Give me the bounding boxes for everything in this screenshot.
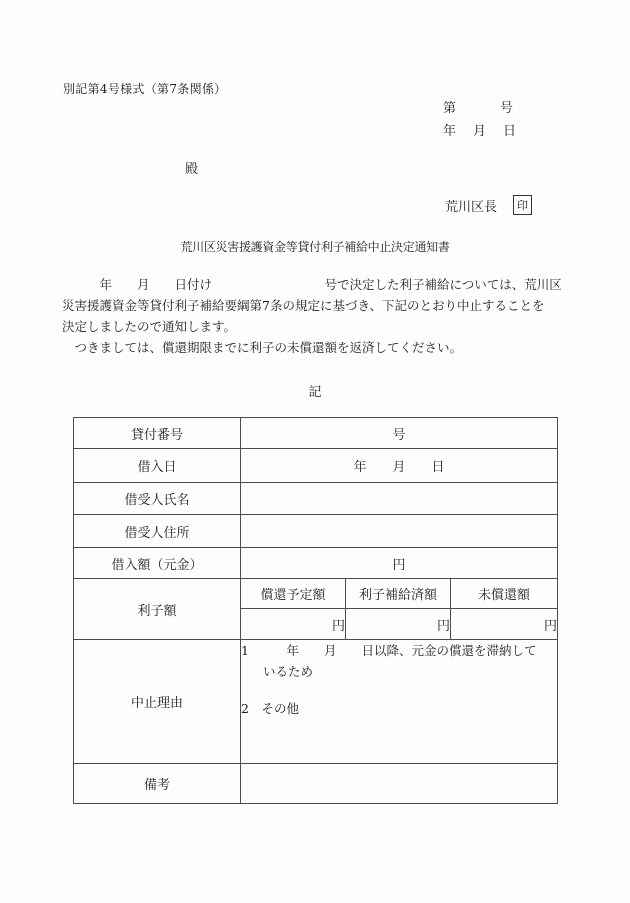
table-row-remarks: 備考 bbox=[74, 764, 558, 804]
table-row-principal: 借入額（元金） 円 bbox=[74, 548, 558, 579]
reason-label: 中止理由 bbox=[74, 640, 241, 764]
issuer-line: 荒川区長 印 bbox=[445, 195, 532, 215]
interest-col-scheduled: 償還予定額 bbox=[241, 579, 346, 609]
date-year-label: 年 bbox=[443, 120, 456, 139]
interest-unit-unredeemed: 円 bbox=[451, 609, 558, 640]
doc-number-prefix: 第 bbox=[443, 97, 456, 116]
loan-number-value: 号 bbox=[241, 418, 558, 449]
doc-number-line: 第 号 bbox=[443, 97, 513, 116]
principal-value: 円 bbox=[241, 548, 558, 579]
body-line-4: つきましては、償還期限までに利子の未償還額を返済してください。 bbox=[62, 337, 574, 358]
borrower-address-value bbox=[241, 515, 558, 548]
borrower-name-value bbox=[241, 483, 558, 515]
body-line-2: 災害援護資金等貸付利子補給要綱第7条の規定に基づき、下記のとおり中止することを bbox=[62, 295, 574, 316]
table-row-interest-header: 利子額 償還予定額 利子補給済額 未償還額 bbox=[74, 579, 558, 609]
reason-item1-line1: 1 年 月 日以降、元金の償還を滞納して bbox=[241, 640, 557, 661]
borrower-address-label: 借受人住所 bbox=[74, 515, 241, 548]
table-row-borrower-address: 借受人住所 bbox=[74, 515, 558, 548]
remarks-value bbox=[241, 764, 558, 804]
table-row-reason: 中止理由 1 年 月 日以降、元金の償還を滞納して いるため 2 その他 bbox=[74, 640, 558, 764]
interest-unit-scheduled: 円 bbox=[241, 609, 346, 640]
borrower-name-label: 借受人氏名 bbox=[74, 483, 241, 515]
body-line-1: 年 月 日付け 号で決定した利子補給については、荒川区 bbox=[62, 274, 574, 295]
borrow-date-value: 年 月 日 bbox=[241, 449, 558, 483]
date-month-label: 月 bbox=[473, 120, 486, 139]
document-title: 荒川区災害援護資金等貸付利子補給中止決定通知書 bbox=[0, 238, 630, 255]
interest-label: 利子額 bbox=[74, 579, 241, 640]
reason-item1-line2: いるため bbox=[263, 661, 557, 682]
remarks-label: 備考 bbox=[74, 764, 241, 804]
loan-number-label: 貸付番号 bbox=[74, 418, 241, 449]
interest-col-unredeemed: 未償還額 bbox=[451, 579, 558, 609]
borrow-date-label: 借入日 bbox=[74, 449, 241, 483]
body-paragraph: 年 月 日付け 号で決定した利子補給については、荒川区 災害援護資金等貸付利子補… bbox=[62, 274, 574, 358]
date-day-label: 日 bbox=[503, 120, 516, 139]
seal-box: 印 bbox=[513, 195, 532, 215]
reason-item2: 2 その他 bbox=[241, 698, 557, 719]
reason-value: 1 年 月 日以降、元金の償還を滞納して いるため 2 その他 bbox=[241, 640, 558, 764]
issuer-name: 荒川区長 bbox=[445, 196, 497, 215]
interest-unit-subsidized: 円 bbox=[346, 609, 451, 640]
issue-date-line: 年 月 日 bbox=[443, 120, 516, 139]
record-marker: 記 bbox=[0, 381, 630, 400]
table-row-borrower-name: 借受人氏名 bbox=[74, 483, 558, 515]
addressee-honorific: 殿 bbox=[185, 158, 198, 177]
table-row-loan-number: 貸付番号 号 bbox=[74, 418, 558, 449]
details-table: 貸付番号 号 借入日 年 月 日 借受人氏名 借受人住所 借入額（元金） 円 利… bbox=[73, 417, 558, 804]
body-line-3: 決定しましたので通知します。 bbox=[62, 316, 574, 337]
interest-col-subsidized: 利子補給済額 bbox=[346, 579, 451, 609]
table-row-borrow-date: 借入日 年 月 日 bbox=[74, 449, 558, 483]
form-id: 別記第4号様式（第7条関係） bbox=[63, 80, 226, 97]
doc-number-suffix: 号 bbox=[500, 97, 513, 116]
document-page: 別記第4号様式（第7条関係） 第 号 年 月 日 殿 荒川区長 印 荒川区災害援… bbox=[0, 0, 630, 903]
principal-label: 借入額（元金） bbox=[74, 548, 241, 579]
